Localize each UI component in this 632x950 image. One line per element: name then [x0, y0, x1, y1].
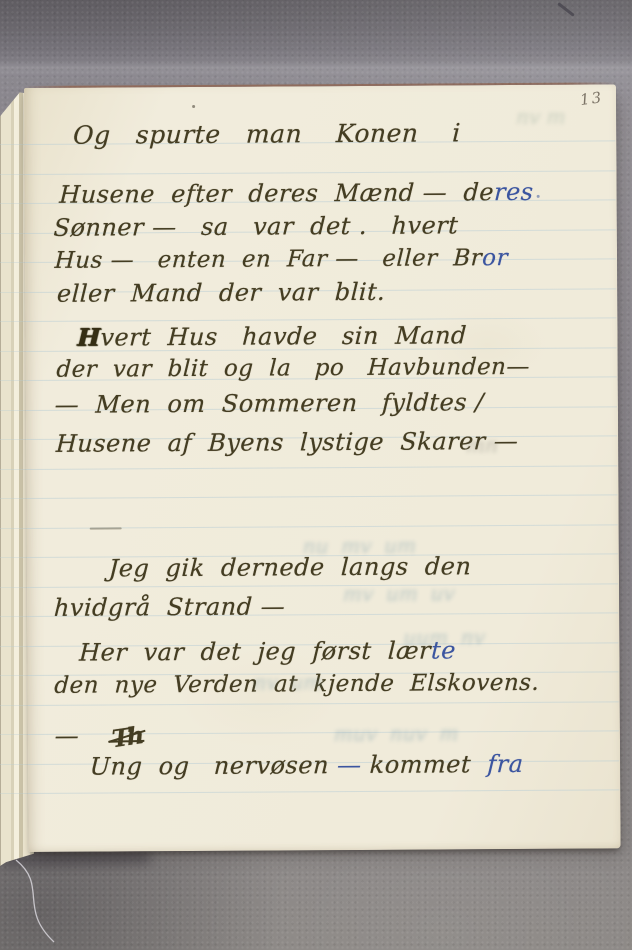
ink-segment: —	[337, 751, 363, 779]
handwriting-line: Sønner — sa var det . hvert	[53, 212, 459, 242]
ruled-line	[27, 494, 618, 499]
ink-segment: Jeg gik dernede langs den	[108, 552, 472, 582]
fabric-fold-highlight	[0, 60, 632, 76]
ghost-ink-mark: nv um	[253, 670, 323, 694]
handwriting-line: Hus — enten en Far — eller Bror	[54, 245, 509, 274]
ink-segment: eller Mand der var blit.	[56, 278, 386, 308]
ink-speck	[192, 105, 195, 108]
ghost-ink-mark: uum nv	[403, 625, 486, 650]
ink-segment: Og spurte man Konen i	[72, 118, 461, 149]
page-number: 13	[579, 88, 604, 109]
ghost-ink-mark: mn	[465, 433, 498, 457]
ghost-ink-mark: muv nuv m	[333, 721, 459, 746]
ink-segment: vert Hus havde sin Mand	[100, 321, 468, 351]
ink-segment	[79, 721, 113, 749]
ink-segment: Her var det jeg først lær	[79, 637, 432, 667]
ink-segment: Sønner — sa var det . hvert	[53, 211, 459, 241]
ink-segment: — Men om Sommeren fyldtes /	[54, 388, 484, 419]
ghost-ink-mark: mv um uv	[342, 581, 455, 606]
strikeout-scribble: Th	[111, 721, 143, 753]
ghost-ink-mark: nu mv um	[302, 534, 417, 559]
handwriting-line: — Men om Sommeren fyldtes /	[54, 389, 484, 419]
handwriting-line: — Th	[54, 721, 142, 750]
ink-segment: hvidgrå Strand —	[53, 592, 286, 621]
ruled-line	[28, 789, 619, 794]
ink-segment: Ung og nervøsen	[89, 751, 338, 781]
handwriting-line: eller Mand der var blit.	[56, 279, 386, 309]
handwriting-line: hvidgrå Strand —	[53, 593, 286, 622]
handwriting-line: Her var det jeg først lærte	[79, 637, 457, 667]
ink-segment: Husene af Byens lystige Skarer —	[55, 427, 519, 458]
handwriting-line: Husene af Byens lystige Skarer —	[55, 428, 519, 458]
handwriting-line: Jeg gik dernede langs den	[108, 553, 472, 583]
ink-segment: der var blit og la po Havbunden—	[56, 354, 531, 383]
ghost-ink-mark: nv m	[515, 105, 566, 129]
handwriting-line: Ung og nervøsen — kommet fra	[89, 751, 524, 781]
ruled-line	[28, 701, 619, 706]
notebook-page: 13 Og spurte man Konen iHusene efter der…	[24, 84, 621, 852]
fiber-strand	[8, 856, 98, 948]
ruled-line	[26, 465, 617, 470]
handwriting-line: Husene efter deres Mænd — deres	[59, 179, 534, 209]
ink-segment: H	[77, 323, 102, 352]
ink-segment: Husene efter deres Mænd — de	[59, 178, 495, 209]
ruled-line	[25, 170, 616, 175]
ink-segment: Hus — enten en Far — eller Br	[54, 245, 483, 274]
handwriting-line: der var blit og la po Havbunden—	[56, 354, 531, 383]
ink-segment: fra	[487, 750, 524, 778]
ink-speck	[537, 195, 540, 198]
ink-segment: kommet	[361, 750, 488, 779]
pencil-dash-mark	[90, 527, 122, 529]
handwriting-line: Og spurte man Konen i	[72, 119, 461, 150]
ink-segment: res	[493, 178, 534, 206]
ink-segment: or	[482, 245, 509, 271]
ruled-line	[27, 583, 618, 588]
ink-segment: —	[54, 722, 80, 750]
handwriting-line: Hvert Hus havde sin Mand	[77, 321, 468, 352]
